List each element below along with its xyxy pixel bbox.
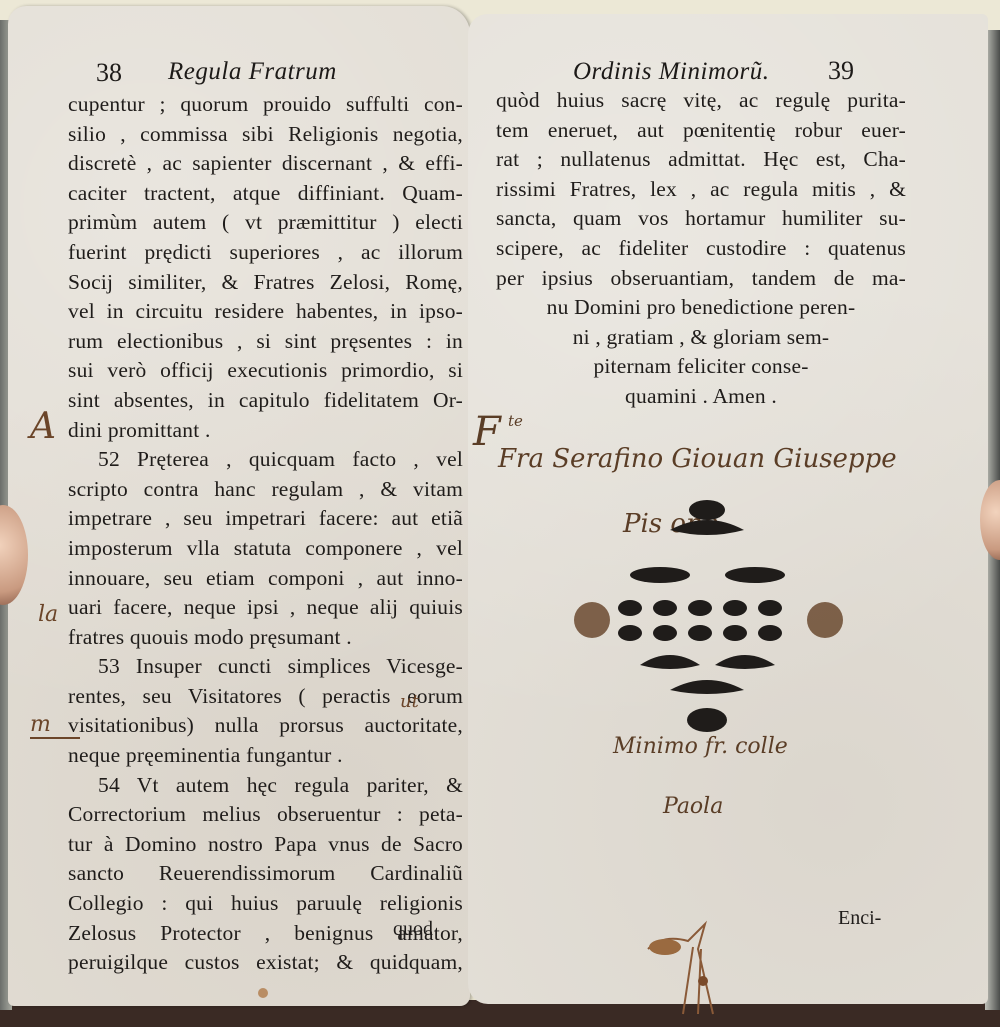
left-page: 38 Regula Fratrum cupentur ; quorum prou…: [8, 6, 470, 1006]
handwritten-name-line: Fra Serafino Giouan Giuseppe: [498, 444, 897, 474]
text-line: quamini . Amen .: [496, 382, 906, 412]
text-line: vel in circuitu residere habentes, in ip…: [68, 297, 463, 327]
catchword-left: quod: [393, 918, 433, 941]
handwritten-fra-initial: F: [473, 409, 501, 455]
text-line: rum electionibus , si sint pręsentes : i…: [68, 327, 463, 357]
printed-ornament: [570, 490, 845, 740]
running-head-right: Ordinis Minimorũ.: [573, 58, 769, 86]
text-line: per ipsius obseruantiam, tandem de ma-: [496, 264, 906, 294]
handwritten-place: Paola: [663, 794, 723, 819]
handwritten-superscript: te: [508, 412, 523, 430]
text-line: primùm autem ( vt præmittitur ) electi: [68, 208, 463, 238]
text-line: ni , gratiam , & gloriam sem-: [496, 323, 906, 353]
text-line-paragraph-53: 53 Insuper cuncti simplices Vicesge-: [68, 652, 463, 682]
text-line: neque pręeminentia fungantur .: [68, 741, 463, 771]
text-line: Collegio : qui huius paruulę religionis: [68, 889, 463, 919]
interlinear-note: ut: [400, 691, 419, 712]
text-line: sancta, quam vos hortamur humiliter su-: [496, 204, 906, 234]
text-line: uari facere, neque ipsi , neque alij qui…: [68, 593, 463, 623]
ink-doodle: [643, 919, 733, 1019]
text-line: silio , commissa sibi Religionis negotia…: [68, 120, 463, 150]
text-line: scipere, ac fideliter custodire : quaten…: [496, 234, 906, 264]
text-line: innouare, seu etiam componi , aut inno-: [68, 564, 463, 594]
text-line: fuerint prędicti superiores , ac illorum: [68, 238, 463, 268]
text-line: tur à Domino nostro Papa vnus de Sacro: [68, 830, 463, 860]
text-line: cupentur ; quorum prouido suffulti con-: [68, 90, 463, 120]
margin-note-a: A: [30, 406, 56, 447]
text-line: sancto Reuerendissimorum Cardinaliũ: [68, 859, 463, 889]
catchword-right: Enci-: [838, 907, 881, 930]
margin-note-la: la: [38, 602, 58, 627]
text-line-paragraph-54: 54 Vt autem hęc regula pariter, &: [68, 771, 463, 801]
page-number-right: 39: [828, 56, 854, 86]
text-line: rat ; nullatenus admittat. Hęc est, Cha-: [496, 145, 906, 175]
text-line: nu Domini pro benedictione peren-: [496, 293, 906, 323]
text-line: Socij similiter, & Fratres Zelosi, Romę,: [68, 268, 463, 298]
text-line: discretè , ac sapienter discernant , & e…: [68, 149, 463, 179]
margin-note-m: m: [30, 712, 80, 739]
text-line: caciter tractent, atque diffiniant. Quam…: [68, 179, 463, 209]
left-page-text: cupentur ; quorum prouido suffulti con- …: [68, 90, 463, 978]
text-line: scripto contra hanc regulam , & vitam: [68, 475, 463, 505]
text-line: Correctorium melius obseruentur : peta-: [68, 800, 463, 830]
text-line: rissimi Fratres, lex , ac regula mitis ,…: [496, 175, 906, 205]
text-line: piternam feliciter conse-: [496, 352, 906, 382]
right-page-text: quòd huius sacrę vitę, ac regulę purita-…: [496, 86, 906, 412]
text-line: fratres quouis modo pręsumant .: [68, 623, 463, 653]
text-line: tem eneruet, aut pœnitentię robur euer-: [496, 116, 906, 146]
text-line: dini promittant .: [68, 416, 463, 446]
running-head-left: Regula Fratrum: [168, 58, 337, 86]
ink-stain: [258, 988, 268, 998]
text-line: imposterum vlla statuta componere , vel: [68, 534, 463, 564]
text-line: sui verò officij executionis primordio, …: [68, 356, 463, 386]
text-line: quòd huius sacrę vitę, ac regulę purita-: [496, 86, 906, 116]
text-line: peruigilque custos existat; & quidquam,: [68, 948, 463, 978]
page-number-left: 38: [96, 58, 122, 88]
text-line: sint absentes, in capitulo fidelitatem O…: [68, 386, 463, 416]
text-line: visitationibus) nulla prorsus auctoritat…: [68, 711, 463, 741]
text-line-paragraph-52: 52 Pręterea , quicquam facto , vel: [68, 445, 463, 475]
text-line: impetrare , seu impetrari facere: aut et…: [68, 504, 463, 534]
